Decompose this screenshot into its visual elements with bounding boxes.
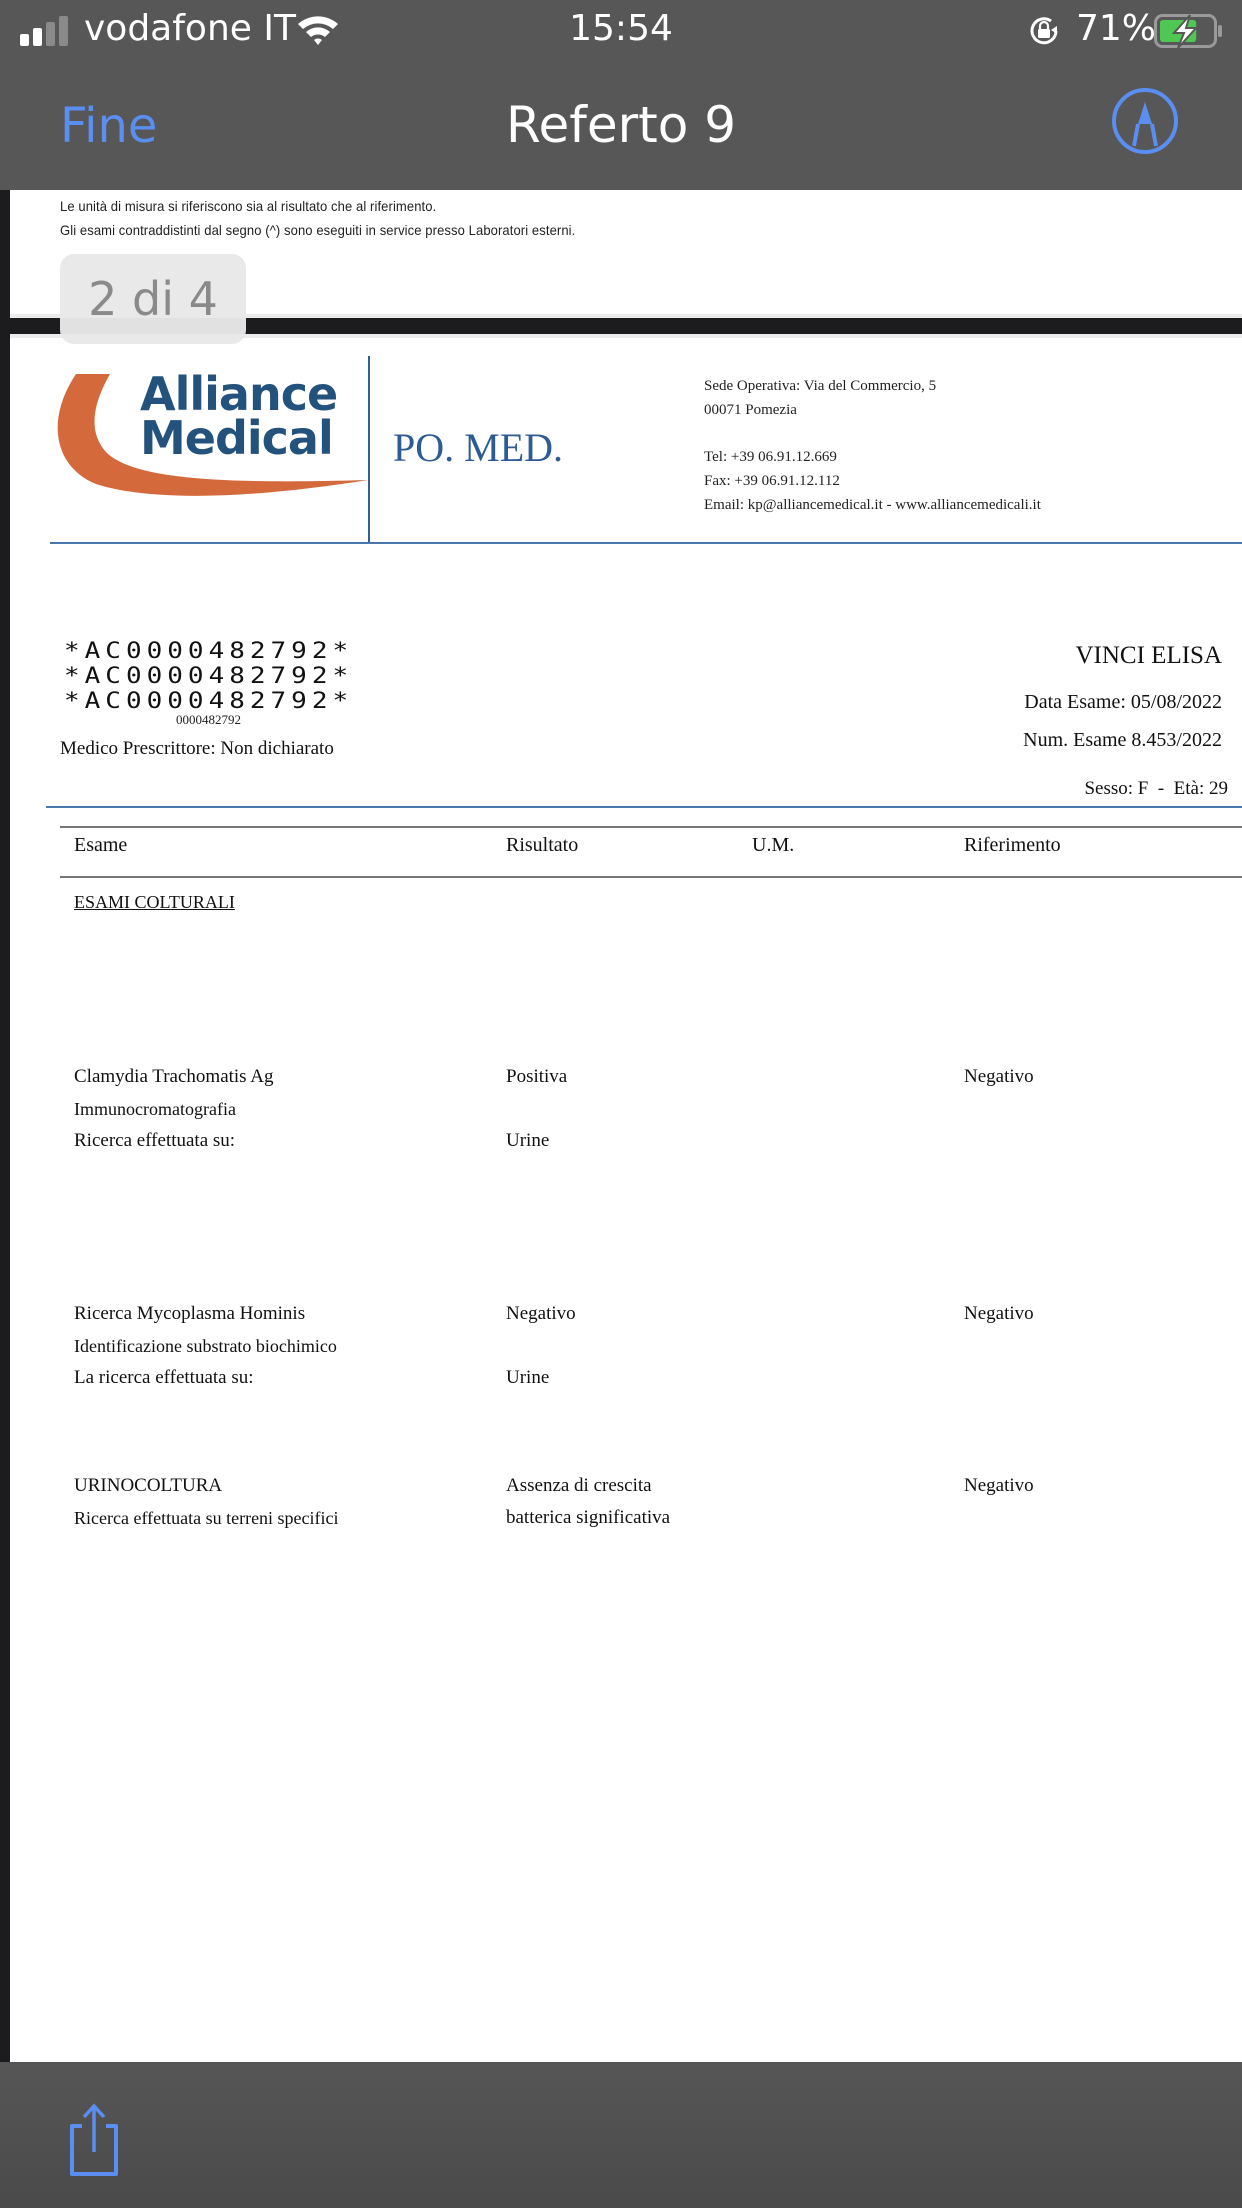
share-icon[interactable] [64,2102,124,2178]
exam-method: Immunocromatografia [74,1099,236,1120]
barcode-number: 0000482792 [176,712,241,728]
fax: Fax: +39 06.91.12.112 [704,473,840,490]
section-title: ESAMI COLTURALI [74,892,235,913]
top-bar: vodafone IT 15:54 71% Fine Referto 9 [0,0,1242,190]
patient-name: VINCI ELISA [1075,642,1222,670]
exam-date: Data Esame: 05/08/2022 [1024,691,1222,714]
exam-reference: Negativo [964,1475,1034,1497]
address-line: Sede Operativa: Via del Commercio, 5 [704,378,936,395]
column-header-risultato: Risultato [506,834,578,857]
note-units: Le unità di misura si riferiscono sia al… [60,198,436,214]
sample-value: Urine [506,1130,549,1152]
table-header-rule [60,876,1242,878]
exam-result-line2: batterica significativa [506,1507,670,1529]
email-website: Email: kp@alliancemedical.it - www.allia… [704,497,1041,514]
column-header-esame: Esame [74,834,127,857]
document-title: Referto 9 [0,96,1242,154]
address-line: 00071 Pomezia [704,402,797,419]
done-button[interactable]: Fine [60,98,157,154]
exam-result: Negativo [506,1303,576,1325]
barcode: *AC0000482792* [64,665,353,687]
logo-text: Alliance Medical [140,372,337,460]
exam-result: Assenza di crescita [506,1475,652,1497]
report-page [10,334,1242,2062]
note-external-labs: Gli esami contraddistinti dal segno (^) … [60,222,575,238]
exam-method: Ricerca effettuata su terreni specifici [74,1508,339,1529]
exam-reference: Negativo [964,1066,1034,1088]
exam-number: Num. Esame 8.453/2022 [1023,729,1222,752]
barcode: *AC0000482792* [64,640,353,662]
bottom-toolbar [0,2062,1242,2208]
header-rule [50,542,1242,544]
sample-label: La ricerca effettuata su: [74,1367,254,1389]
prescriber: Medico Prescrittore: Non dichiarato [60,738,334,760]
exam-reference: Negativo [964,1303,1034,1325]
markup-pen-icon[interactable] [1110,86,1180,156]
barcode: *AC0000482792* [64,690,353,712]
exam-method: Identificazione substrato biochimico [74,1336,337,1357]
sample-value: Urine [506,1367,549,1389]
page-indicator: 2 di 4 [60,254,246,344]
status-bar: vodafone IT 15:54 71% [0,0,1242,62]
exam-result: Positiva [506,1066,567,1088]
exam-name: URINOCOLTURA [74,1475,222,1497]
battery-charging-icon [1154,14,1224,48]
phone: Tel: +39 06.91.12.669 [704,449,837,466]
sample-label: Ricerca effettuata su: [74,1130,235,1152]
lab-name: PO. MED. [393,424,563,471]
navigation-bar: Fine Referto 9 [0,62,1242,190]
column-header-riferimento: Riferimento [964,834,1061,857]
rotation-lock-icon [1027,14,1061,48]
sex-age: Sesso: F - Età: 29 [1084,778,1228,800]
header-divider [368,356,370,542]
table-top-rule [60,826,1242,828]
patient-rule [46,806,1242,808]
column-header-um: U.M. [752,834,794,857]
battery-percentage: 71% [1076,8,1156,49]
exam-name: Clamydia Trachomatis Ag [74,1066,274,1088]
exam-name: Ricerca Mycoplasma Hominis [74,1303,305,1325]
